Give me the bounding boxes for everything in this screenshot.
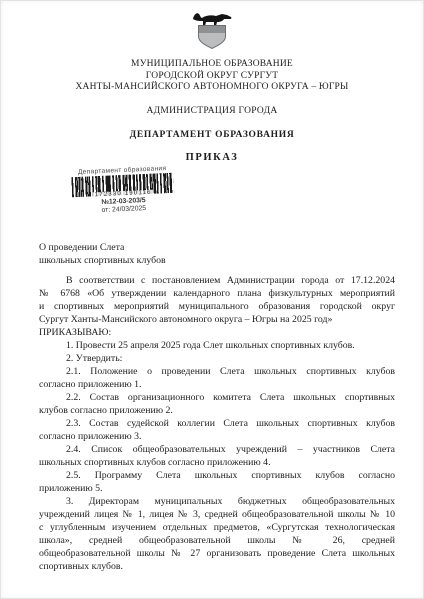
body-line: 2.4. Список общеобразовательных учрежден… [39, 443, 395, 456]
body-line: 1. Провести 25 апреля 2025 года Слет шко… [39, 339, 395, 352]
registration-stamp: Департамент образования 172330 190116 №1… [56, 164, 190, 216]
body-line: школьных спортивных клубов согласно прил… [39, 456, 395, 469]
body-line: 2.2. Состав организационного комитета Сл… [39, 391, 395, 404]
body-line: приложению 5. [39, 482, 395, 495]
body-line: ПРИКАЗЫВАЮ: [39, 326, 395, 339]
paragraph: 1. Провести 25 апреля 2025 года Слет шко… [39, 339, 395, 352]
body-line: В соответствии с постановлением Админист… [39, 274, 395, 287]
body-line: Сургут Ханты-Мансийского автономного окр… [39, 313, 395, 326]
surgut-fox-shield-emblem-icon [189, 9, 235, 55]
org-line: МУНИЦИПАЛЬНОЕ ОБРАЗОВАНИЕ [1, 59, 423, 71]
body-line: 3. Директорам муниципальных бюджетных об… [39, 495, 395, 508]
body-line: общеобразовательной школы № 27 организов… [39, 547, 395, 560]
barcode-icon: 172330 190116 [71, 173, 174, 197]
document-subject: О проведении Слета школьных спортивных к… [1, 241, 423, 267]
paragraph: 2.4. Список общеобразовательных учрежден… [39, 443, 395, 469]
paragraph: ПРИКАЗЫВАЮ: [39, 326, 395, 339]
body-line: № 6768 «Об утверждении календарного план… [39, 287, 395, 300]
paragraph: 2.3. Состав судейской коллегии Слета шко… [39, 417, 395, 443]
org-name-block: МУНИЦИПАЛЬНОЕ ОБРАЗОВАНИЕ ГОРОДСКОЙ ОКРУ… [1, 59, 423, 94]
paragraph: 2.1. Положение о проведении Слета школьн… [39, 365, 395, 391]
paragraph: 2. Утвердить: [39, 352, 395, 365]
body-line: клубов согласно приложению 2. [39, 404, 395, 417]
body-line: 2.3. Состав судейской коллегии Слета шко… [39, 417, 395, 430]
subject-line: школьных спортивных клубов [39, 254, 423, 267]
body-line: согласно приложению 3. [39, 430, 395, 443]
body-line: 2.1. Положение о проведении Слета школьн… [39, 365, 395, 378]
document-page: МУНИЦИПАЛЬНОЕ ОБРАЗОВАНИЕ ГОРОДСКОЙ ОКРУ… [0, 0, 424, 599]
document-body: В соответствии с постановлением Админист… [1, 274, 423, 573]
department-title: ДЕПАРТАМЕНТ ОБРАЗОВАНИЯ [1, 130, 423, 140]
body-line: и спортивных мероприятий муниципального … [39, 300, 395, 313]
body-line: с углубленным изучением отдельных предме… [39, 521, 395, 534]
org-line: ХАНТЫ-МАНСИЙСКОГО АВТОНОМНОГО ОКРУГА – Ю… [1, 82, 423, 94]
emblem-wrap [1, 9, 423, 57]
body-line: 2. Утвердить: [39, 352, 395, 365]
subject-line: О проведении Слета [39, 241, 423, 254]
paragraph: 3. Директорам муниципальных бюджетных об… [39, 495, 395, 573]
paragraph: В соответствии с постановлением Админист… [39, 274, 395, 326]
body-line: учреждений лицея № 1, лицея № 3, средней… [39, 508, 395, 521]
body-line: спортивных клубов. [39, 560, 395, 573]
document-type-title: ПРИКАЗ [1, 152, 423, 163]
body-line: школа», средней общеобразовательной школ… [39, 534, 395, 547]
paragraph: 2.2. Состав организационного комитета Сл… [39, 391, 395, 417]
body-line: согласно приложению 1. [39, 378, 395, 391]
body-line: 2.5. Программу Слета школьных спортивных… [39, 469, 395, 482]
administration-title: АДМИНИСТРАЦИЯ ГОРОДА [1, 106, 423, 116]
paragraph: 2.5. Программу Слета школьных спортивных… [39, 469, 395, 495]
org-line: ГОРОДСКОЙ ОКРУГ СУРГУТ [1, 71, 423, 83]
